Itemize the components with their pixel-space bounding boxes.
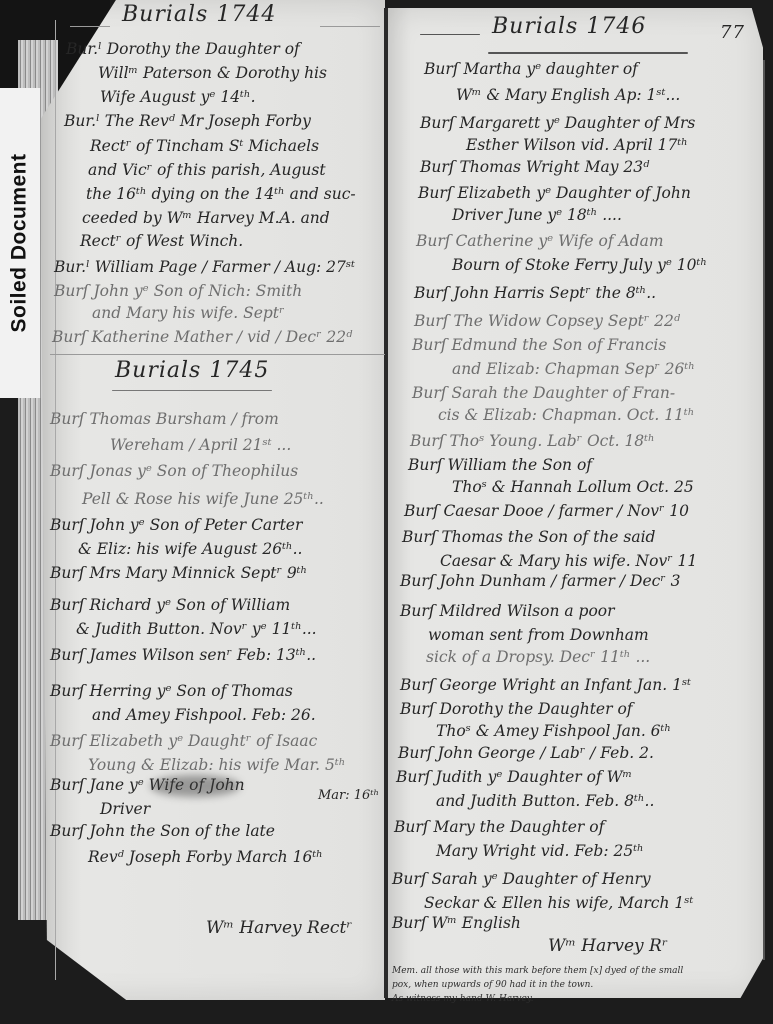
soiled-document-label-text: Soiled Document: [8, 153, 32, 332]
entry-line: Wᵐ & Mary English Ap: 1ˢᵗ...: [456, 86, 680, 104]
entry-line: Burſ William the Son of: [408, 456, 592, 474]
entry-line: and Mary his wife. Septʳ: [92, 304, 284, 322]
entry-line: Esther Wilson vid. April 17ᵗʰ: [466, 136, 688, 154]
entry-line: Burſ John the Son of the late: [50, 822, 275, 840]
entry-line: and Amey Fishpool. Feb: 26.: [92, 706, 316, 724]
heading-rule-left: [70, 26, 110, 27]
entry-line: Burſ Caesar Dooe / farmer / Novʳ 10: [404, 502, 689, 520]
right-margin-rule: [763, 60, 765, 960]
entry-line: Burſ Mrs Mary Minnick Septʳ 9ᵗʰ: [50, 564, 307, 582]
soiled-document-label: Soiled Document: [0, 88, 40, 398]
entry-line: Driver June yᵉ 18ᵗʰ ....: [452, 206, 622, 224]
entry-line: Burſ James Wilson senʳ Feb: 13ᵗʰ..: [50, 646, 316, 664]
entry-line: cis & Elizab: Chapman. Oct. 11ᵗʰ: [438, 406, 694, 424]
entry-line: Burſ Thoˢ Young. Labʳ Oct. 18ᵗʰ: [410, 432, 655, 450]
entry-line: & Eliz: his wife August 26ᵗʰ..: [78, 540, 302, 558]
entry-line: Burſ John Harris Septʳ the 8ᵗʰ..: [414, 284, 656, 302]
entry-line: Rectʳ of Tincham Sᵗ Michaels: [90, 137, 319, 155]
entry-line: Burſ Herring yᵉ Son of Thomas: [50, 682, 293, 700]
entry-line: Wereham / April 21ˢᵗ ...: [110, 436, 291, 454]
entry-line: Burſ Judith yᵉ Daughter of Wᵐ: [396, 768, 632, 786]
entry-line: woman sent from Downham: [428, 626, 649, 644]
entry-line: Thoˢ & Amey Fishpool Jan. 6ᵗʰ: [436, 722, 671, 740]
entry-line: sick of a Dropsy. Decʳ 11ᵗʰ ...: [426, 648, 650, 666]
entry-line: Burſ Elizabeth yᵉ Daughter of John: [418, 184, 691, 202]
entry-line: Mary Wright vid. Feb: 25ᵗʰ: [436, 842, 644, 860]
entry-line: Seckar & Ellen his wife, March 1ˢᵗ: [424, 894, 693, 912]
heading-double-rule: [488, 52, 688, 54]
ink-smudge: [150, 775, 240, 797]
entry-line: Burſ Katherine Mather / vid / Decʳ 22ᵈ: [52, 328, 352, 346]
entry-line: Burſ Margarett yᵉ Daughter of Mrs: [420, 114, 695, 132]
entry-line: Burſ Jonas yᵉ Son of Theophilus: [50, 462, 298, 480]
entry-line: and Judith Button. Feb. 8ᵗʰ..: [436, 792, 654, 810]
rector-signature-right: Wᵐ Harvey Rʳ: [548, 936, 668, 956]
entry-line: and Elizab: Chapman Sepʳ 26ᵗʰ: [452, 360, 695, 378]
memorandum-line: pox, when upwards of 90 had it in the to…: [392, 980, 593, 990]
entry-line: ceeded by Wᵐ Harvey M.A. and: [82, 209, 330, 227]
entry-line: Young & Elizab: his wife Mar. 5ᵗʰ: [88, 756, 345, 774]
entry-line: Willᵐ Paterson & Dorothy his: [98, 64, 327, 82]
entry-line: Burſ Sarah the Daughter of Fran-: [412, 384, 675, 402]
entry-line: Burſ Thomas Wright May 23ᵈ: [420, 158, 649, 176]
heading-burials-1745: Burials 1745: [115, 358, 269, 383]
entry-line: Burſ John yᵉ Son of Nich: Smith: [54, 282, 302, 300]
entry-line: Bur.ˡ The Revᵈ Mr Joseph Forby: [64, 112, 311, 130]
entry-line: Caesar & Mary his wife. Novʳ 11: [440, 552, 697, 570]
heading-burials-1744: Burials 1744: [122, 2, 276, 27]
entry-line: Burſ John yᵉ Son of Peter Carter: [50, 516, 302, 534]
entry-line: & Judith Button. Novʳ yᵉ 11ᵗʰ...: [76, 620, 317, 638]
memorandum-line: As witness my hand W. Harvey.: [392, 994, 534, 1004]
rector-signature-left: Wᵐ Harvey Rectʳ: [206, 918, 352, 938]
entry-line: Burſ John George / Labʳ / Feb. 2.: [398, 744, 654, 762]
entry-line: Burſ Mary the Daughter of: [394, 818, 604, 836]
entry-line: Burſ Thomas the Son of the said: [402, 528, 655, 546]
entry-line: Bourn of Stoke Ferry July yᵉ 10ᵗʰ: [452, 256, 707, 274]
book-gutter: [384, 8, 388, 998]
year-divider-rule: [50, 354, 385, 355]
entry-line: Burſ Wᵐ English: [392, 914, 521, 932]
entry-line: Burſ The Widow Copsey Septʳ 22ᵈ: [414, 312, 680, 330]
entry-line: Burſ Martha yᵉ daughter of: [424, 60, 638, 78]
heading-rule-right: [320, 26, 380, 27]
entry-line: Burſ George Wright an Infant Jan. 1ˢᵗ: [400, 676, 691, 694]
heading-flourish-left: [420, 34, 480, 35]
heading-flourish: [112, 390, 272, 391]
entry-line: Pell & Rose his wife June 25ᵗʰ..: [82, 490, 324, 508]
entry-line: Bur.ˡ Dorothy the Daughter of: [66, 40, 300, 58]
entry-line: Burſ Mildred Wilson a poor: [400, 602, 615, 620]
entry-line: Revᵈ Joseph Forby March 16ᵗʰ: [88, 848, 323, 866]
entry-line: Burſ Edmund the Son of Francis: [412, 336, 666, 354]
entry-line: Wife August yᵉ 14ᵗʰ.: [100, 88, 256, 106]
entry-line: Burſ Richard yᵉ Son of William: [50, 596, 290, 614]
entry-line: Burſ Catherine yᵉ Wife of Adam: [416, 232, 664, 250]
entry-line: Bur.ˡ William Page / Farmer / Aug: 27ˢᵗ: [54, 258, 355, 276]
folio-number: 77: [720, 22, 745, 43]
entry-line: Thoˢ & Hannah Lollum Oct. 25: [452, 478, 694, 496]
entry-line: Burſ Elizabeth yᵉ Daughtʳ of Isaac: [50, 732, 317, 750]
memorandum-line: Mem. all those with this mark before the…: [392, 966, 683, 976]
entry-line: Burſ Thomas Bursham / from: [50, 410, 279, 428]
entry-date: Mar: 16ᵗʰ: [318, 788, 379, 803]
entry-line: Rectʳ of West Winch.: [80, 232, 243, 250]
entry-line: Burſ John Dunham / farmer / Decʳ 3: [400, 572, 680, 590]
entry-line: and Vicʳ of this parish, August: [88, 161, 326, 179]
entry-line: Burſ Sarah yᵉ Daughter of Henry: [392, 870, 651, 888]
entry-line: the 16ᵗʰ dying on the 14ᵗʰ and suc-: [86, 185, 356, 203]
entry-line: Burſ Dorothy the Daughter of: [400, 700, 633, 718]
heading-burials-1746: Burials 1746: [492, 14, 646, 39]
entry-line: Driver: [100, 800, 150, 818]
